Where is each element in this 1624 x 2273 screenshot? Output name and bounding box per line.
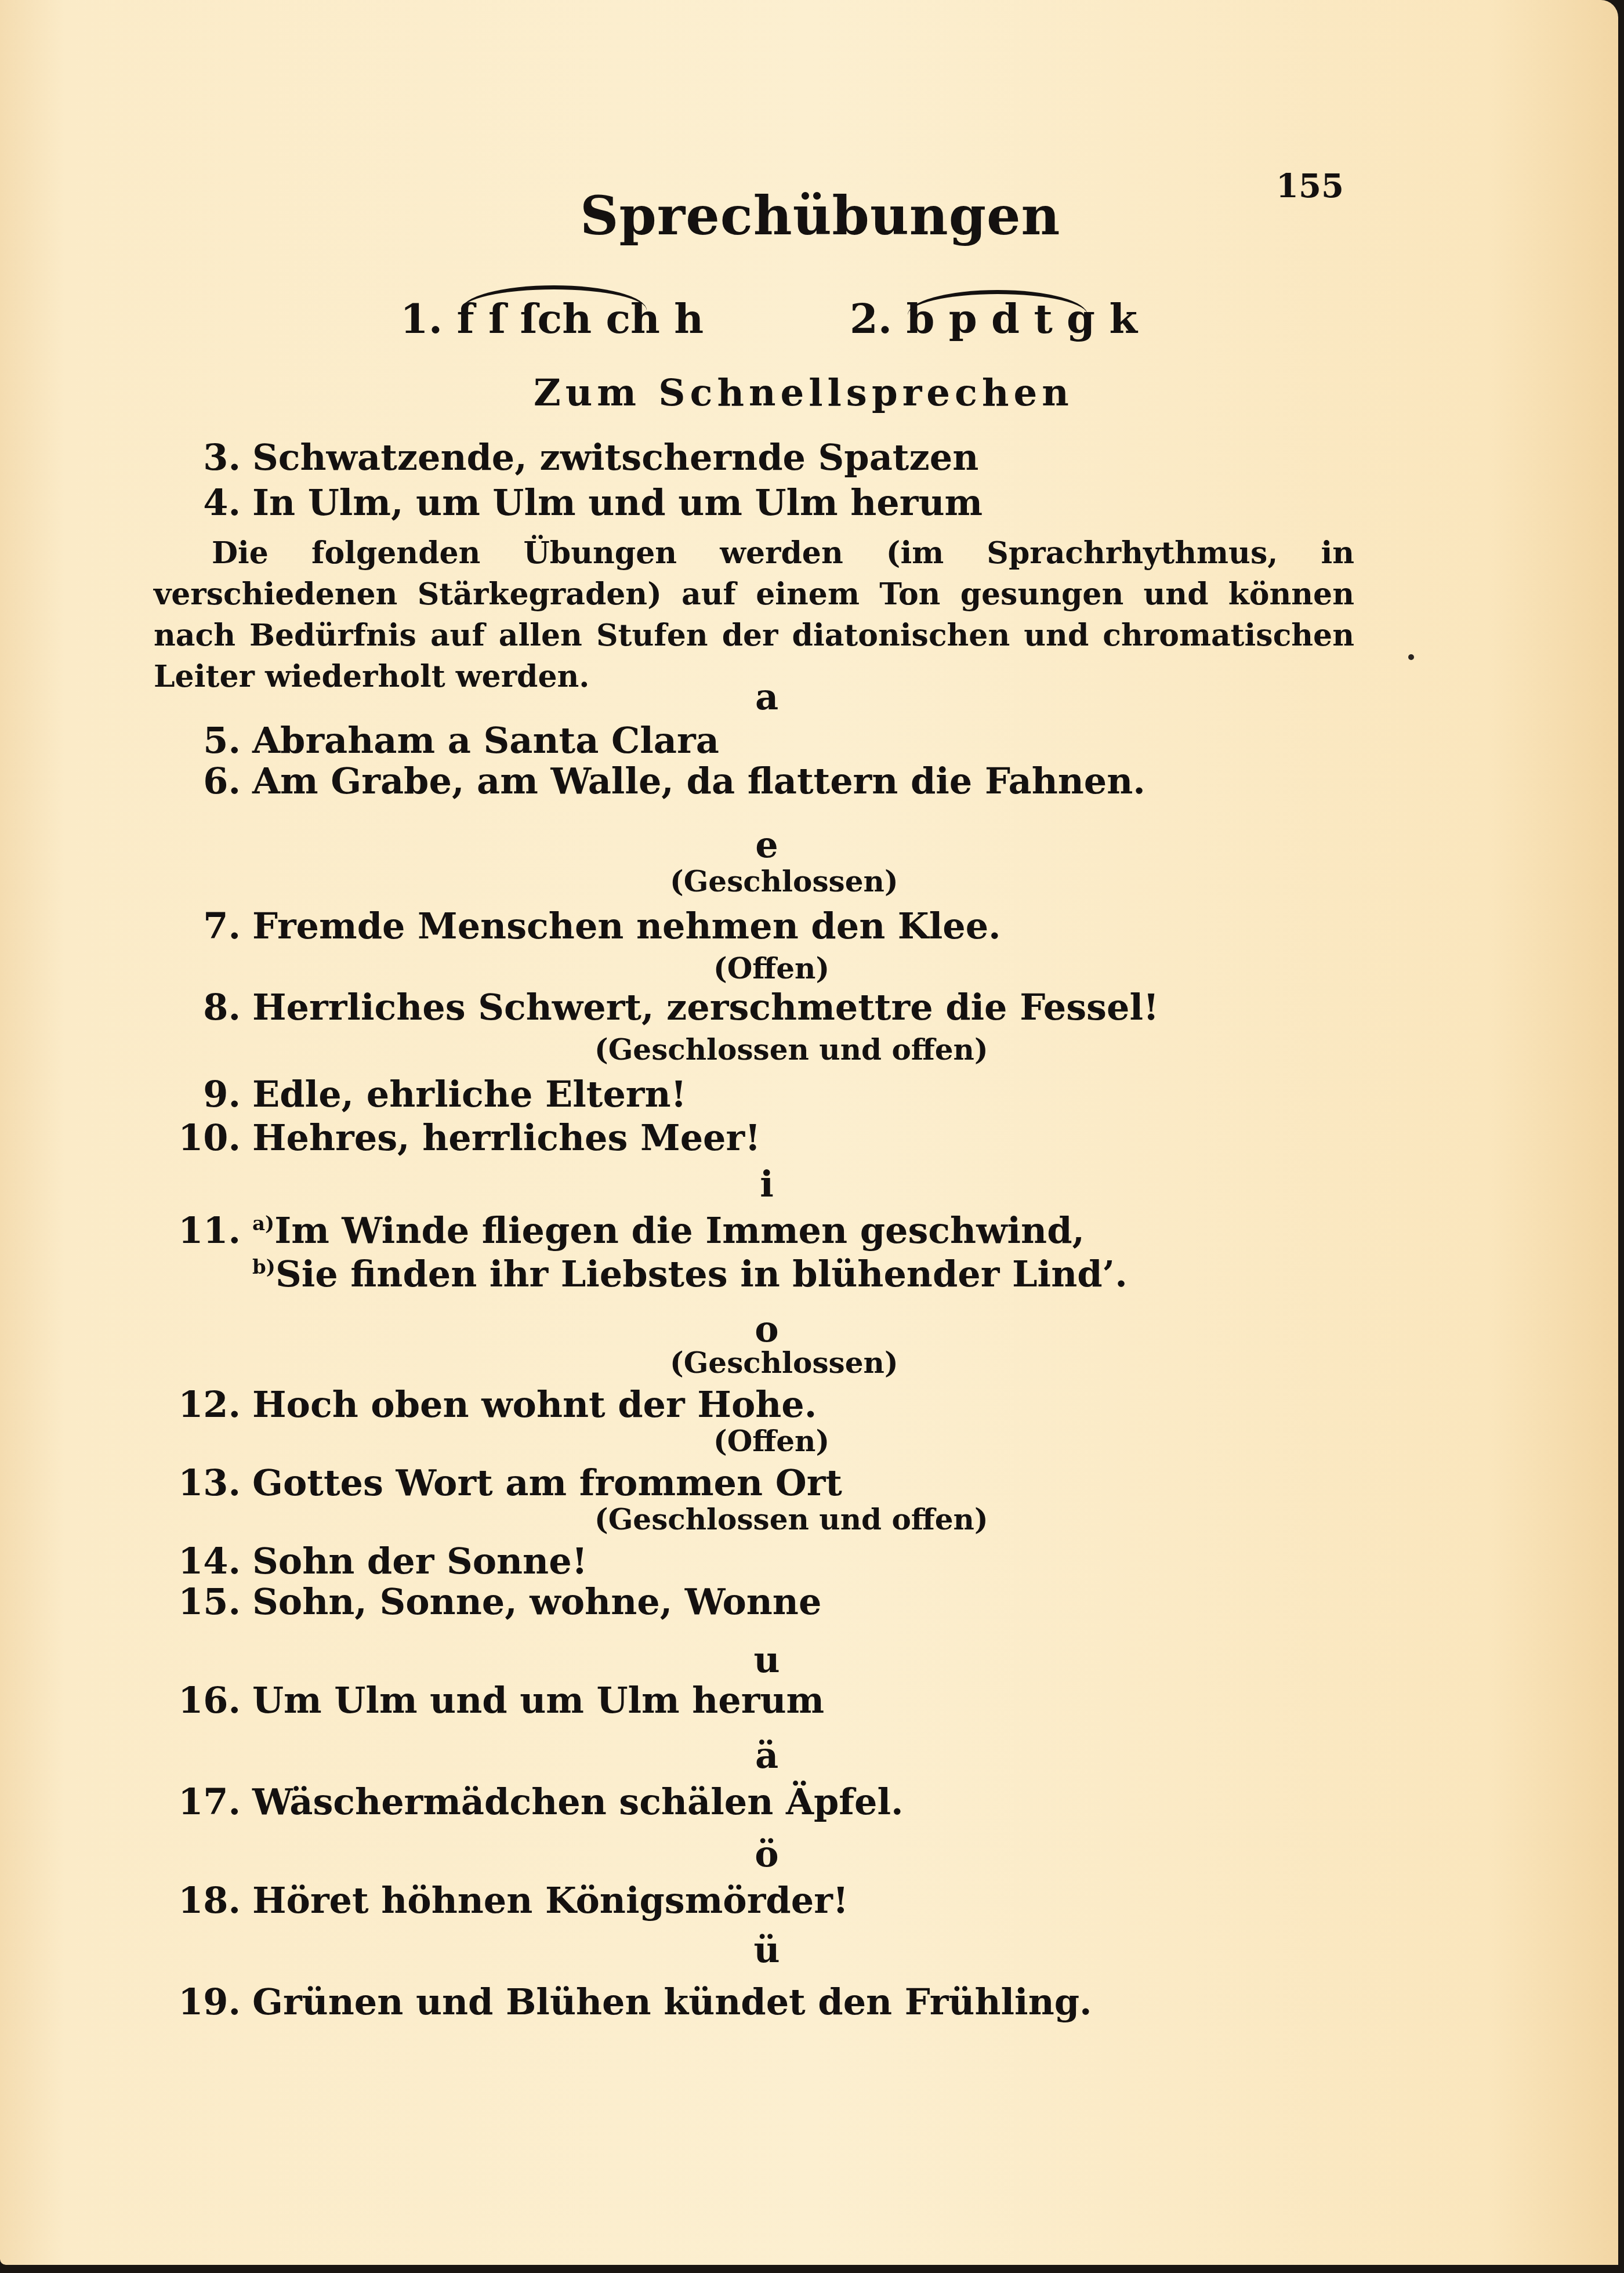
line-number: 8. <box>177 986 241 1028</box>
line-number: 12. <box>177 1383 241 1426</box>
line-number: 6. <box>177 760 241 802</box>
vowel-heading-ue: ü <box>753 1928 780 1971</box>
line-text: Sohn der Sonne! <box>252 1540 588 1582</box>
line-text: Schwatzende, zwitschernde Spatzen <box>252 436 978 478</box>
line-number: 9. <box>177 1073 241 1115</box>
line-number: 10. <box>177 1116 241 1159</box>
note-closed: (Geschlossen) <box>670 864 898 898</box>
exercise-line: 16.Um Ulm und um Ulm herum <box>177 1679 824 1721</box>
note-open: (Offen) <box>713 1424 829 1458</box>
exercise-line: 7.Fremde Menschen nehmen den Klee. <box>177 905 1001 947</box>
paper-speck <box>1203 632 1206 636</box>
line-number: 18. <box>177 1879 241 1922</box>
page-title: Sprechübungen <box>580 184 940 247</box>
sub-label: b) <box>252 1256 275 1279</box>
line-text: Fremde Menschen nehmen den Klee. <box>252 905 1001 947</box>
vowel-heading-u: u <box>753 1638 780 1681</box>
vowel-heading-a: a <box>755 676 778 718</box>
line-number: 17. <box>177 1781 241 1823</box>
line-text: Wäschermädchen schälen Äpfel. <box>252 1781 904 1823</box>
exercise-number: 2. <box>850 295 892 343</box>
line-text: Hehres, herrliches Meer! <box>252 1116 760 1159</box>
exercise-line: 3.Schwatzende, zwitschernde Spatzen <box>177 436 978 478</box>
note-open: (Offen) <box>713 951 829 985</box>
exercise-line: 17.Wäschermädchen schälen Äpfel. <box>177 1781 904 1823</box>
line-number: 7. <box>177 905 241 947</box>
section-heading: Zum Schnellsprechen <box>534 371 1074 415</box>
line-text: Am Grabe, am Walle, da flattern die Fahn… <box>252 760 1145 802</box>
line-text: Sie finden ihr Liebstes in blühender Lin… <box>275 1253 1128 1295</box>
line-number: 4. <box>177 481 241 524</box>
sub-label: a) <box>252 1212 274 1235</box>
exercise-line: 15.Sohn, Sonne, wohne, Wonne <box>177 1580 821 1623</box>
line-text: Sohn, Sonne, wohne, Wonne <box>252 1580 821 1623</box>
line-number: 16. <box>177 1679 241 1721</box>
line-number: 13. <box>177 1462 241 1504</box>
line-text: Abraham a Santa Clara <box>252 719 719 762</box>
line-number: 15. <box>177 1580 241 1623</box>
exercise-line: 14.Sohn der Sonne! <box>177 1540 588 1582</box>
line-text: Hoch oben wohnt der Hohe. <box>252 1383 817 1426</box>
vowel-heading-ae: ä <box>755 1734 778 1777</box>
vowel-heading-o: o <box>755 1308 778 1350</box>
exercise-line: 9.Edle, ehrliche Eltern! <box>177 1073 687 1115</box>
exercise-letters: b p d t g k <box>906 295 1137 343</box>
page-number: 155 <box>1276 167 1344 205</box>
exercise-line: 11.a)Im Winde fliegen die Immen geschwin… <box>177 1209 1085 1252</box>
note-both: (Geschlossen und offen) <box>594 1032 988 1067</box>
note-closed: (Geschlossen) <box>670 1346 898 1380</box>
line-text: Grünen und Blühen kündet den Frühling. <box>252 1981 1092 2023</box>
line-text: Im Winde fliegen die Immen geschwind, <box>274 1209 1085 1252</box>
line-number: 14. <box>177 1540 241 1582</box>
exercise-line: 4.In Ulm, um Ulm und um Ulm herum <box>177 481 983 524</box>
exercise-line: 6.Am Grabe, am Walle, da flattern die Fa… <box>177 760 1145 802</box>
line-text: Höret höhnen Königsmörder! <box>252 1879 849 1922</box>
instructions-paragraph: Die folgenden Übungen werden (im Sprachr… <box>154 532 1354 697</box>
line-number: 5. <box>177 719 241 762</box>
book-page: 155 Sprechübungen 1. f ſ ſch ch h 2. b p… <box>0 0 1618 2265</box>
note-both: (Geschlossen und offen) <box>594 1502 988 1536</box>
line-text: Herrliches Schwert, zerschmettre die Fes… <box>252 986 1159 1028</box>
paper-speck <box>1408 654 1414 660</box>
vowel-heading-oe: ö <box>755 1833 778 1875</box>
exercise-line: 13.Gottes Wort am frommen Ort <box>177 1462 842 1504</box>
exercise-line: 19.Grünen und Blühen kündet den Frühling… <box>177 1981 1092 2023</box>
exercise-2: 2. b p d t g k <box>850 295 1137 343</box>
exercise-line: b)Sie finden ihr Liebstes in blühender L… <box>177 1253 1128 1295</box>
exercise-1: 1. f ſ ſch ch h <box>400 295 704 343</box>
line-text: Gottes Wort am frommen Ort <box>252 1462 842 1504</box>
exercise-line: 5.Abraham a Santa Clara <box>177 719 719 762</box>
vowel-heading-e: e <box>755 824 778 866</box>
exercise-letters: f ſ ſch ch h <box>456 295 704 343</box>
line-number: 19. <box>177 1981 241 2023</box>
vowel-heading-i: i <box>760 1163 774 1205</box>
line-number: 11. <box>177 1209 241 1252</box>
exercise-line: 12.Hoch oben wohnt der Hohe. <box>177 1383 817 1426</box>
exercise-line: 8.Herrliches Schwert, zerschmettre die F… <box>177 986 1159 1028</box>
exercise-line: 10.Hehres, herrliches Meer! <box>177 1116 760 1159</box>
line-text: Um Ulm und um Ulm herum <box>252 1679 824 1721</box>
line-number: 3. <box>177 436 241 478</box>
line-text: In Ulm, um Ulm und um Ulm herum <box>252 481 983 524</box>
exercise-line: 18.Höret höhnen Königsmörder! <box>177 1879 849 1922</box>
line-text: Edle, ehrliche Eltern! <box>252 1073 687 1115</box>
exercise-number: 1. <box>400 295 443 343</box>
